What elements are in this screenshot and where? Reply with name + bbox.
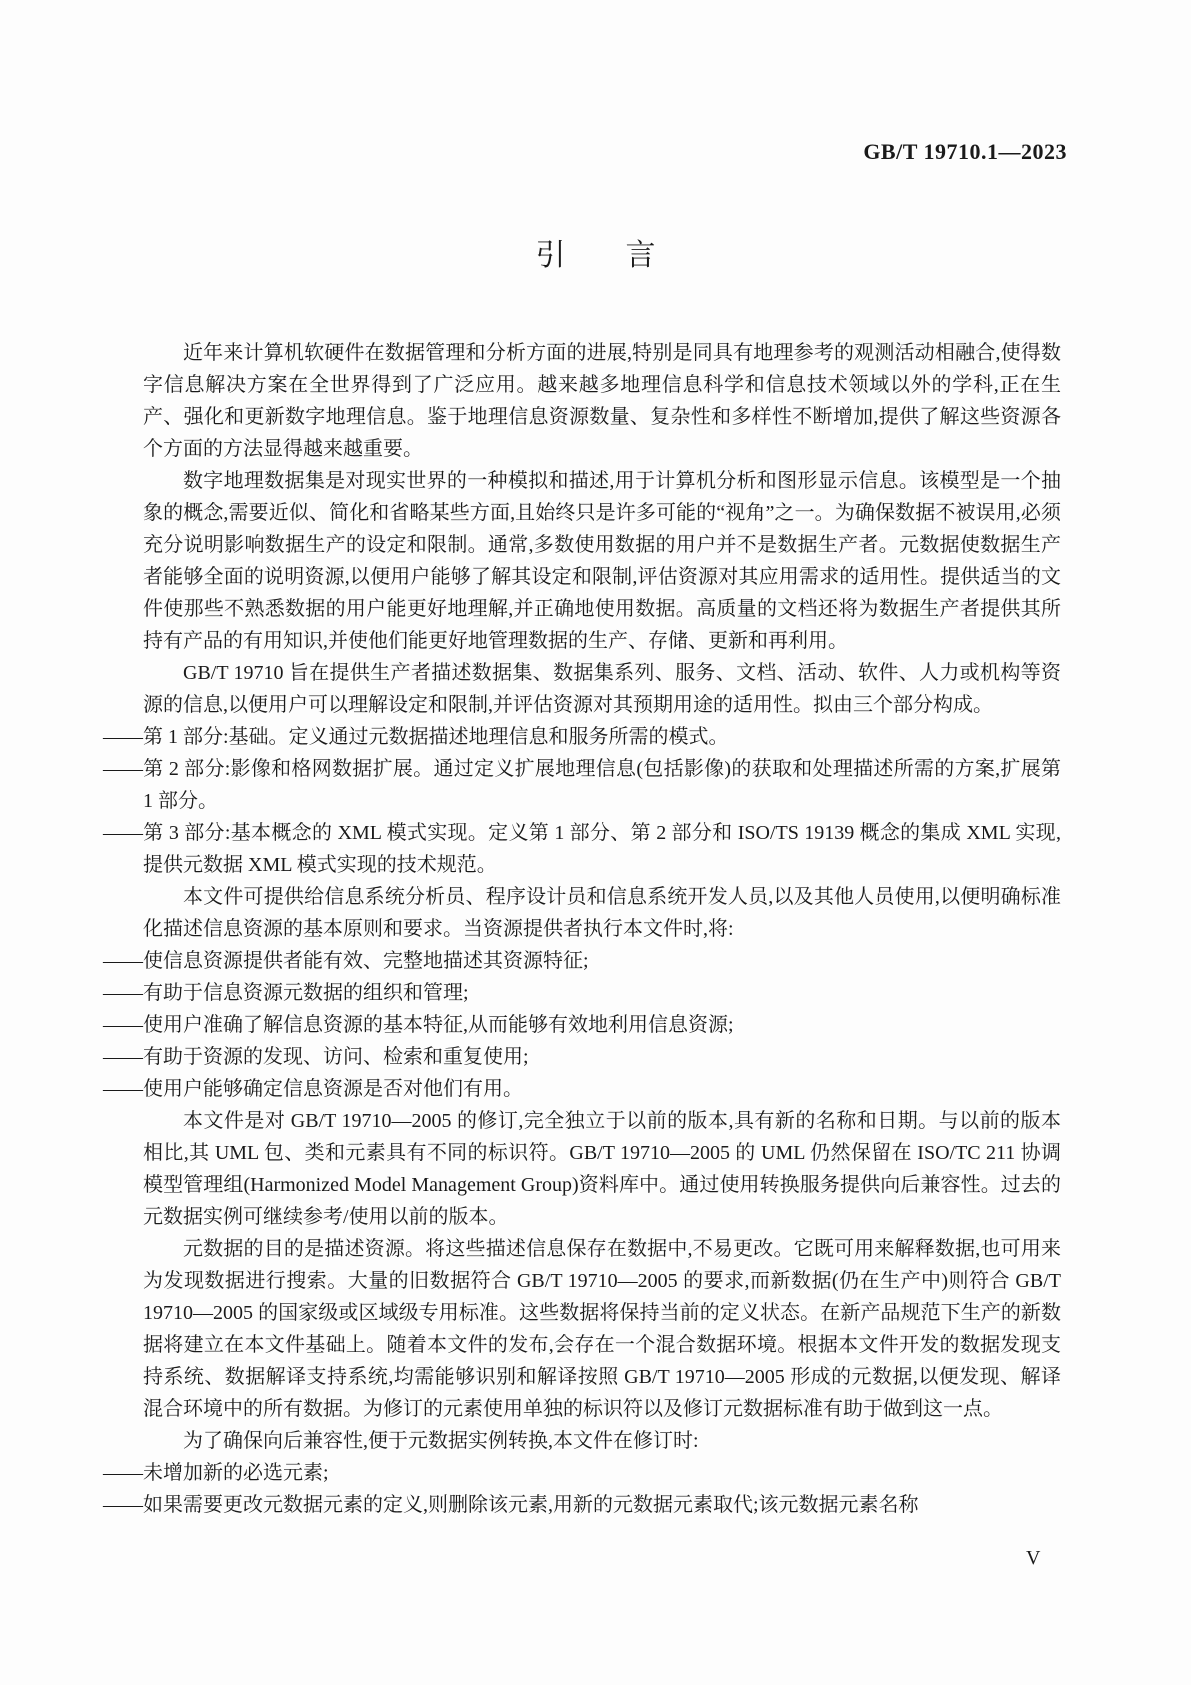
list-item: ——第 2 部分:影像和格网数据扩展。通过定义扩展地理信息(包括影像)的获取和处… bbox=[143, 753, 1061, 817]
document-page: GB/T 19710.1—2023 引 言 近年来计算机软硬件在数据管理和分析方… bbox=[0, 0, 1191, 1685]
document-body: 近年来计算机软硬件在数据管理和分析方面的进展,特别是同具有地理参考的观测活动相融… bbox=[143, 337, 1061, 1521]
list-item: ——有助于信息资源元数据的组织和管理; bbox=[143, 977, 1061, 1009]
paragraph: 近年来计算机软硬件在数据管理和分析方面的进展,特别是同具有地理参考的观测活动相融… bbox=[143, 337, 1061, 465]
paragraph: 本文件是对 GB/T 19710—2005 的修订,完全独立于以前的版本,具有新… bbox=[143, 1105, 1061, 1233]
paragraph: 本文件可提供给信息系统分析员、程序设计员和信息系统开发人员,以及其他人员使用,以… bbox=[143, 881, 1061, 945]
list-item: ——使用户准确了解信息资源的基本特征,从而能够有效地利用信息资源; bbox=[143, 1009, 1061, 1041]
paragraph: 为了确保向后兼容性,便于元数据实例转换,本文件在修订时: bbox=[143, 1425, 1061, 1457]
list-item: ——有助于资源的发现、访问、检索和重复使用; bbox=[143, 1041, 1061, 1073]
page-number: V bbox=[1026, 1547, 1040, 1570]
standard-code: GB/T 19710.1—2023 bbox=[863, 139, 1067, 165]
document-title: 引 言 bbox=[0, 238, 1191, 274]
list-item: ——未增加新的必选元素; bbox=[143, 1457, 1061, 1489]
list-item: ——第 3 部分:基本概念的 XML 模式实现。定义第 1 部分、第 2 部分和… bbox=[143, 817, 1061, 881]
list-item: ——使信息资源提供者能有效、完整地描述其资源特征; bbox=[143, 945, 1061, 977]
paragraph: 元数据的目的是描述资源。将这些描述信息保存在数据中,不易更改。它既可用来解释数据… bbox=[143, 1233, 1061, 1425]
paragraph: 数字地理数据集是对现实世界的一种模拟和描述,用于计算机分析和图形显示信息。该模型… bbox=[143, 465, 1061, 657]
list-item: ——使用户能够确定信息资源是否对他们有用。 bbox=[143, 1073, 1061, 1105]
list-item: ——如果需要更改元数据元素的定义,则删除该元素,用新的元数据元素取代;该元数据元… bbox=[143, 1489, 1061, 1521]
paragraph: GB/T 19710 旨在提供生产者描述数据集、数据集系列、服务、文档、活动、软… bbox=[143, 657, 1061, 721]
list-item: ——第 1 部分:基础。定义通过元数据描述地理信息和服务所需的模式。 bbox=[143, 721, 1061, 753]
